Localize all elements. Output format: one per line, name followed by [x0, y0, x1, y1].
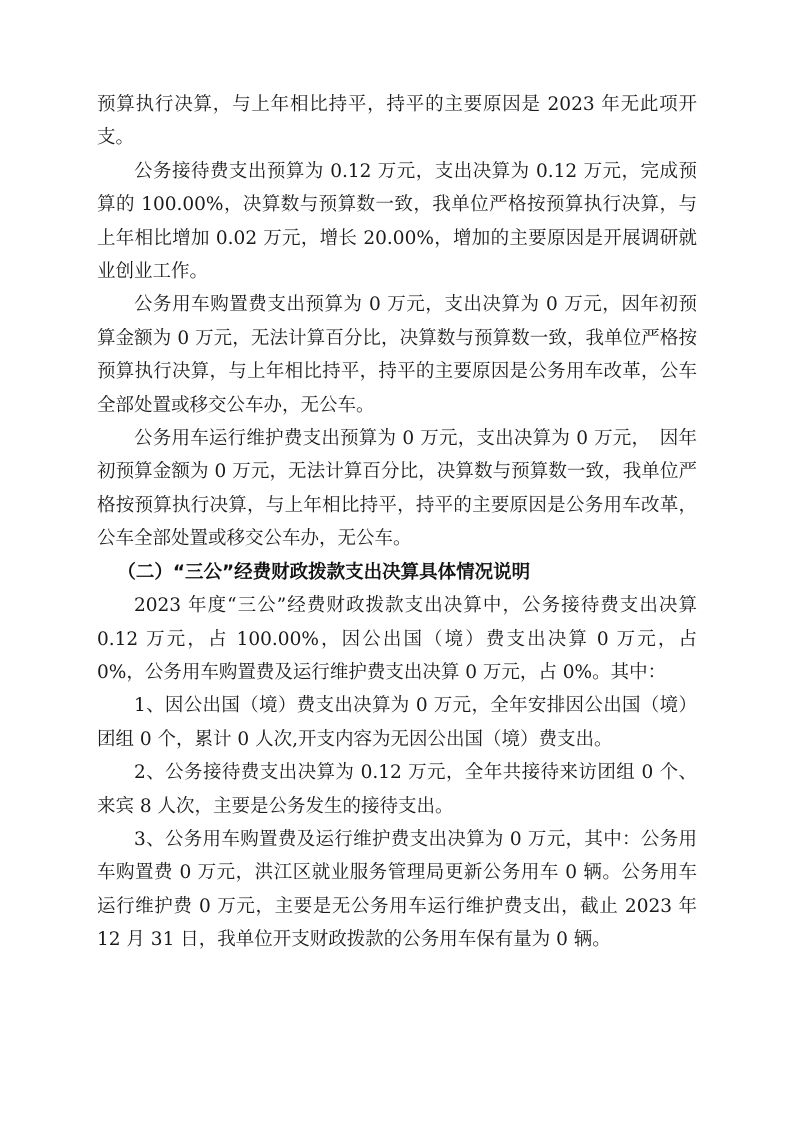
paragraph-item-2-reception: 2、公务接待费支出决算为 0.12 万元，全年共接待来访团组 0 个、来宾 8 …: [97, 756, 697, 823]
section-heading: （二）“三公”经费财政拨款支出决算具体情况说明: [97, 556, 697, 589]
paragraph-summary: 2023 年度“三公”经费财政拨款支出决算中，公务接待费支出决算 0.12 万元…: [97, 589, 697, 689]
paragraph-reception-expense: 公务接待费支出预算为 0.12 万元，支出决算为 0.12 万元，完成预算的 1…: [97, 155, 697, 289]
document-page: 预算执行决算，与上年相比持平，持平的主要原因是 2023 年无此项开支。 公务接…: [97, 88, 697, 957]
paragraph-vehicle-purchase: 公务用车购置费支出预算为 0 万元，支出决算为 0 万元，因年初预算金额为 0 …: [97, 288, 697, 422]
paragraph-vehicle-maintenance: 公务用车运行维护费支出预算为 0 万元，支出决算为 0 万元， 因年初预算金额为…: [97, 422, 697, 556]
paragraph-item-1-overseas: 1、因公出国（境）费支出决算为 0 万元，全年安排因公出国（境）团组 0 个，累…: [97, 689, 697, 756]
paragraph-previous-continuation: 预算执行决算，与上年相比持平，持平的主要原因是 2023 年无此项开支。: [97, 88, 697, 155]
paragraph-item-3-vehicles: 3、公务用车购置费及运行维护费支出决算为 0 万元，其中：公务用车购置费 0 万…: [97, 823, 697, 957]
